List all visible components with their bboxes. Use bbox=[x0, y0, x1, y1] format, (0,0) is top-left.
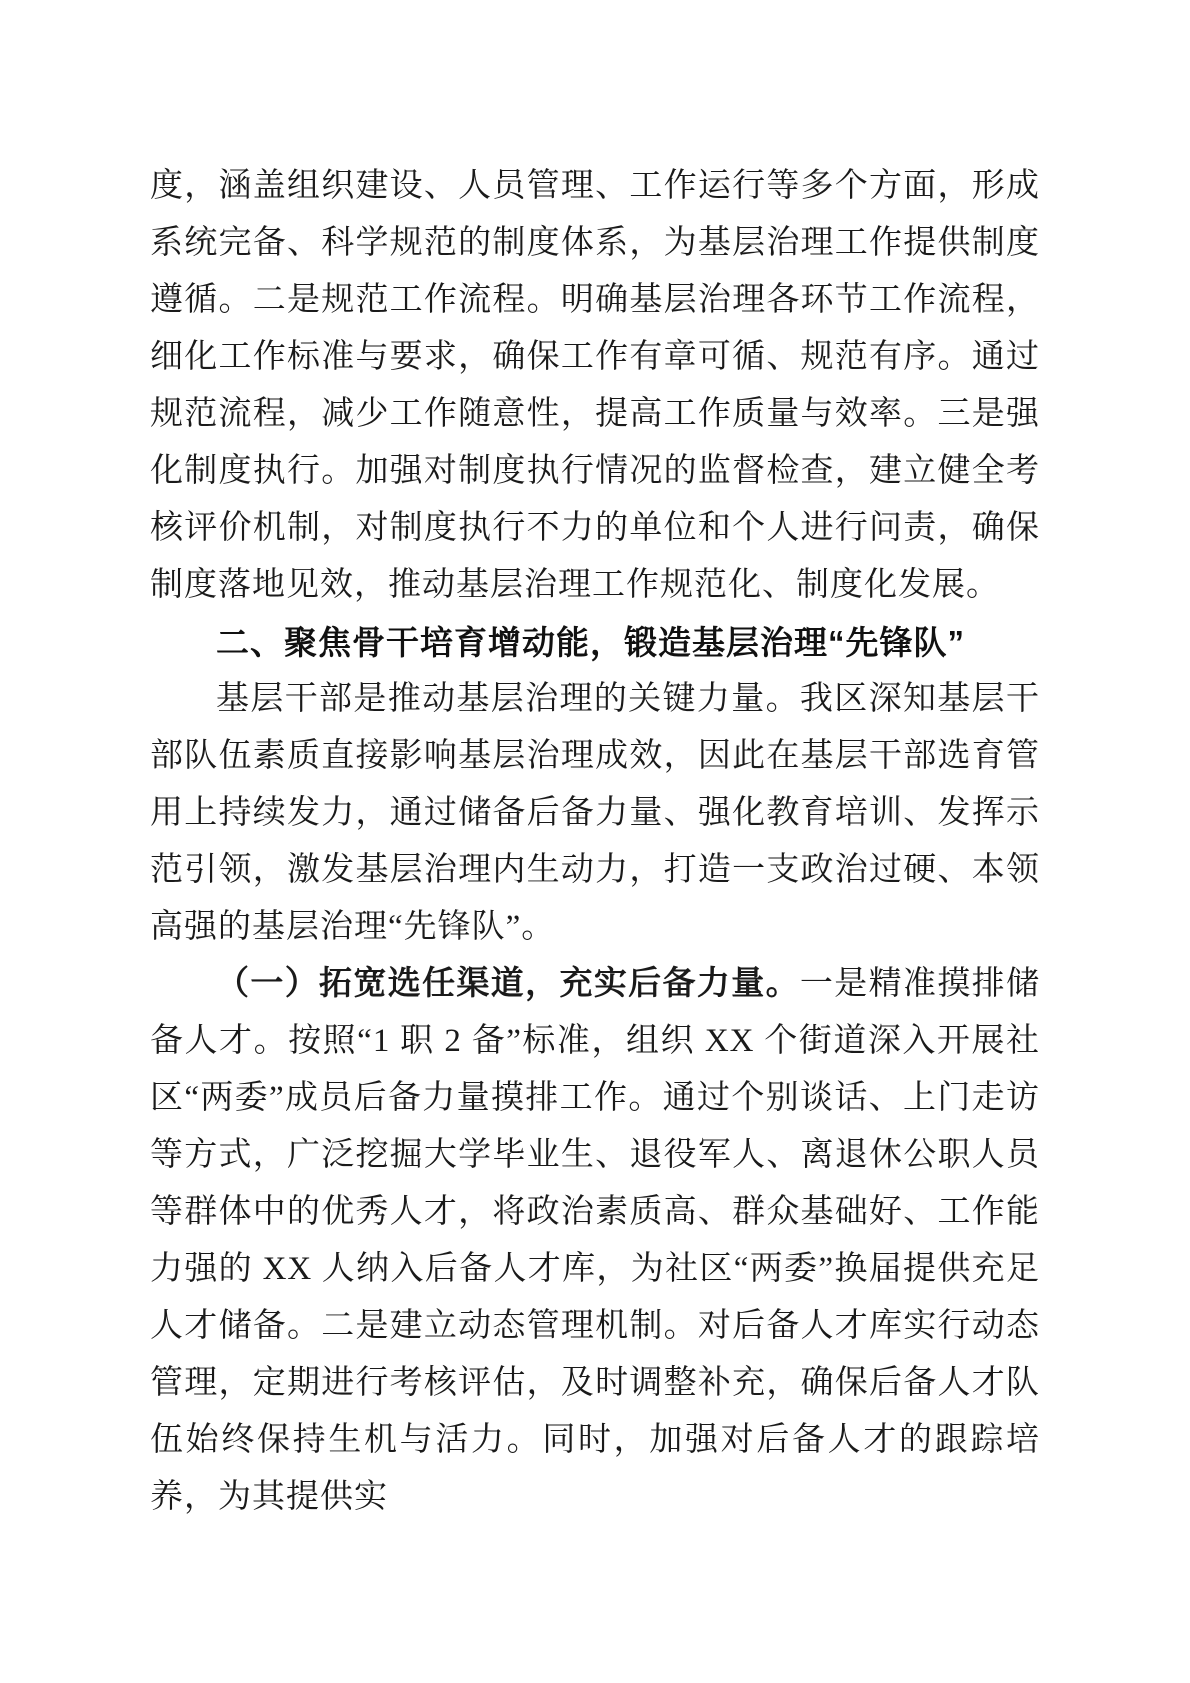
document-page: 度，涵盖组织建设、人员管理、工作运行等多个方面，形成系统完备、科学规范的制度体系… bbox=[0, 0, 1190, 1683]
subsection-lead-in: （一）拓宽选任渠道，充实后备力量。 bbox=[216, 966, 800, 1002]
subsection-body-text: 一是精准摸排储备人才。按照“1 职 2 备”标准，组织 XX 个街道深入开展社区… bbox=[150, 966, 1040, 1515]
paragraph-institution-building: 度，涵盖组织建设、人员管理、工作运行等多个方面，形成系统完备、科学规范的制度体系… bbox=[150, 158, 1040, 614]
section-heading-two: 二、聚焦骨干培育增动能，锻造基层治理“先锋队” bbox=[150, 614, 1040, 671]
document-body: 度，涵盖组织建设、人员管理、工作运行等多个方面，形成系统完备、科学规范的制度体系… bbox=[150, 158, 1040, 1526]
paragraph-cadre-importance: 基层干部是推动基层治理的关键力量。我区深知基层干部队伍素质直接影响基层治理成效，… bbox=[150, 671, 1040, 956]
paragraph-talent-reserve: （一）拓宽选任渠道，充实后备力量。一是精准摸排储备人才。按照“1 职 2 备”标… bbox=[150, 956, 1040, 1526]
